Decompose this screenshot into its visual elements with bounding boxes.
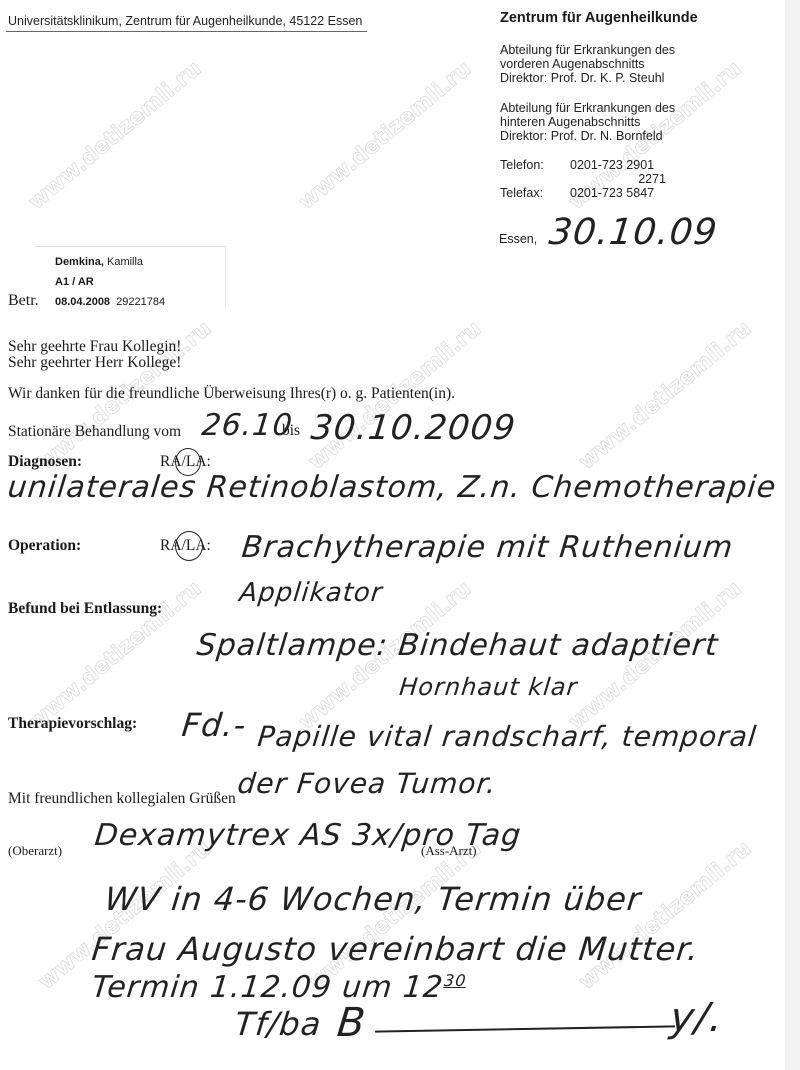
return-address: Universitätsklinikum, Zentrum für Augenh… bbox=[8, 14, 362, 28]
findings-text-line1: Spaltlampe: Bindehaut adaptiert bbox=[195, 628, 720, 663]
followup-line1: WV in 4-6 Wochen, Termin über bbox=[103, 880, 643, 918]
closing-greeting: Mit freundlichen kollegialen Grüßen bbox=[8, 790, 236, 808]
patient-id: 29221784 bbox=[116, 296, 165, 308]
signature-mark: B bbox=[335, 1000, 368, 1046]
thanks-line: Wir danken für die freundliche Überweisu… bbox=[8, 385, 455, 403]
operation-text-line1: Brachytherapie mit Ruthenium bbox=[240, 530, 735, 565]
center-title: Zentrum für Augenheilkunde bbox=[500, 10, 698, 26]
return-address-rule bbox=[6, 31, 367, 32]
patient-unit: A1 / AR bbox=[55, 276, 94, 288]
followup-time-minutes: 30 bbox=[443, 971, 467, 990]
salutation-male: Sehr geehrter Herr Kollege! bbox=[8, 354, 181, 372]
therapy-text-line1: Papille vital randscharf, temporal bbox=[256, 720, 759, 753]
stay-to-date: 30.10.2009 bbox=[309, 408, 518, 448]
signature-end: y/. bbox=[668, 995, 726, 1041]
department-director: Direktor: Prof. Dr. N. Bornfeld bbox=[500, 129, 675, 143]
prescription-text: Dexamytrex AS 3x/pro Tag bbox=[93, 818, 523, 853]
stay-between: bis bbox=[282, 422, 300, 440]
therapy-text-line2: der Fovea Tumor. bbox=[236, 767, 498, 800]
followup-line2: Frau Augusto vereinbart die Mutter. bbox=[90, 930, 701, 968]
therapy-label: Therapievorschlag: bbox=[8, 715, 137, 733]
findings-text-line2: Hornhaut klar bbox=[398, 673, 579, 701]
stay-label: Stationäre Behandlung vom bbox=[8, 423, 181, 441]
contact-block: Telefon:0201-723 2901 2271 Telefax:0201-… bbox=[500, 158, 666, 200]
patient-name: Demkina, Kamilla bbox=[55, 256, 143, 268]
department-line: Abteilung für Erkrankungen des bbox=[500, 43, 675, 57]
patient-dob: 08.04.2008 bbox=[55, 296, 110, 308]
phone-extension: 2271 bbox=[570, 172, 666, 186]
department-line: hinteren Augenabschnitts bbox=[500, 115, 675, 129]
followup-line3: Termin 1.12.09 um 1230 bbox=[90, 970, 468, 1005]
subject-label: Betr. bbox=[8, 292, 39, 310]
department-posterior: Abteilung für Erkrankungen des hinteren … bbox=[500, 101, 675, 143]
signature-initials: Tf/ba bbox=[233, 1005, 324, 1043]
patient-dob-id: 08.04.2008 29221784 bbox=[55, 296, 165, 308]
phone-label: Telefon: bbox=[500, 158, 570, 172]
fax-label: Telefax: bbox=[500, 186, 570, 200]
place-label: Essen, bbox=[499, 232, 537, 246]
fax-number: 0201-723 5847 bbox=[570, 186, 666, 200]
operation-text-line2: Applikator bbox=[238, 578, 384, 608]
findings-label: Befund bei Entlassung: bbox=[8, 600, 162, 618]
therapy-fundus-abbrev: Fd.- bbox=[180, 706, 248, 744]
diagnosis-label: Diagnosen: bbox=[8, 453, 82, 471]
scan-edge bbox=[785, 0, 800, 1070]
senior-physician-label: (Oberarzt) bbox=[8, 843, 62, 859]
letter-date: 30.10.09 bbox=[547, 212, 720, 253]
department-director: Direktor: Prof. Dr. K. P. Steuhl bbox=[500, 71, 675, 85]
phone-number: 0201-723 2901 bbox=[570, 158, 666, 172]
operation-label: Operation: bbox=[8, 537, 81, 555]
diagnosis-text: unilaterales Retinoblastom, Z.n. Chemoth… bbox=[6, 470, 778, 505]
left-eye-circle-mark bbox=[175, 531, 203, 561]
stay-from-date: 26.10 bbox=[200, 408, 295, 443]
department-line: Abteilung für Erkrankungen des bbox=[500, 101, 675, 115]
department-anterior: Abteilung für Erkrankungen des vorderen … bbox=[500, 43, 675, 85]
department-line: vorderen Augenabschnitts bbox=[500, 57, 675, 71]
